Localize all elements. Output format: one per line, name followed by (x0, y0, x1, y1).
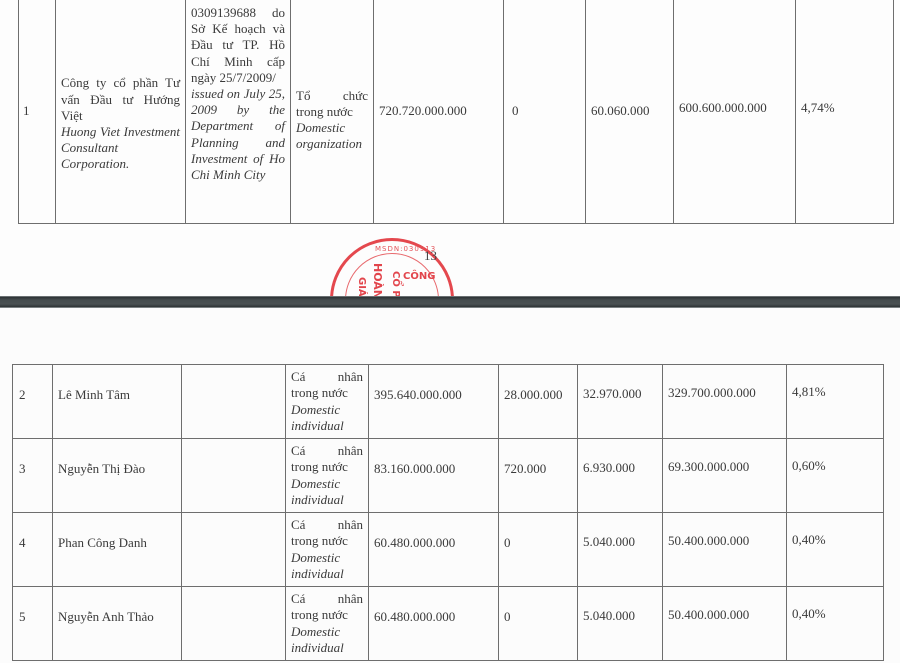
shares-cell: 32.970.000 (578, 365, 663, 439)
shareholder-name-en: Huong Viet Investment Consultant Corpora… (61, 124, 180, 173)
shareholder-type-en: Domestic individual (291, 476, 363, 508)
registration-cell (182, 587, 286, 661)
table-row: 5 Nguyễn Anh Thảo Cá nhân trong nước Dom… (13, 587, 884, 661)
registration-cell (182, 439, 286, 513)
row-number: 4 (13, 513, 53, 587)
shareholder-type-cell: Cá nhân trong nước Domestic individual (286, 439, 369, 513)
shareholder-type-vi: Cá nhân trong nước (291, 591, 363, 623)
page-number: 13 (424, 248, 437, 264)
stamp-line-1: CÔNG (403, 271, 435, 283)
shareholder-name: Nguyễn Anh Thảo (53, 587, 182, 661)
amount-cell: 60.480.000.000 (369, 587, 499, 661)
stamp-line-3: HOÀN (371, 263, 383, 296)
table-row: 4 Phan Công Danh Cá nhân trong nước Dome… (13, 513, 884, 587)
shareholder-type-vi: Cá nhân trong nước (291, 443, 363, 475)
col-b-cell: 0 (504, 0, 586, 224)
shareholder-table-top: 1 Công ty cổ phần Tư vấn Đầu tư Hướng Vi… (18, 0, 894, 224)
value-cell: 600.600.000.000 (674, 0, 796, 224)
shares-cell: 5.040.000 (578, 513, 663, 587)
registration-cell: 0309139688 do Sở Kế hoạch và Đầu tư TP. … (186, 0, 291, 224)
page-separator (0, 296, 900, 308)
value-cell: 329.700.000.000 (663, 365, 787, 439)
document-page-top: 1 Công ty cổ phần Tư vấn Đầu tư Hướng Vi… (0, 0, 900, 296)
col-b-cell: 0 (499, 513, 578, 587)
value-cell: 50.400.000.000 (663, 513, 787, 587)
shareholder-type-vi: Cá nhân trong nước (291, 517, 363, 549)
shareholder-type-en: Domestic organization (296, 120, 368, 152)
registration-vi: 0309139688 do Sở Kế hoạch và Đầu tư TP. … (191, 5, 285, 86)
shareholder-name-vi: Công ty cổ phần Tư vấn Đầu tư Hướng Việt (61, 75, 180, 124)
shareholder-name: Lê Minh Tâm (53, 365, 182, 439)
shareholder-name-cell: Công ty cổ phần Tư vấn Đầu tư Hướng Việt… (56, 0, 186, 224)
row-number: 3 (13, 439, 53, 513)
ratio-cell: 4,81% (787, 365, 884, 439)
shareholder-name: Nguyễn Thị Đào (53, 439, 182, 513)
table-row: 1 Công ty cổ phần Tư vấn Đầu tư Hướng Vi… (19, 0, 894, 224)
amount-cell: 60.480.000.000 (369, 513, 499, 587)
registration-cell (182, 513, 286, 587)
ratio-cell: 0,40% (787, 587, 884, 661)
table-row: 2 Lê Minh Tâm Cá nhân trong nước Domesti… (13, 365, 884, 439)
shareholder-type-cell: Cá nhân trong nước Domestic individual (286, 513, 369, 587)
stamp-line-2: CỔ P (389, 271, 401, 296)
shares-cell: 6.930.000 (578, 439, 663, 513)
registration-cell (182, 365, 286, 439)
amount-cell: 83.160.000.000 (369, 439, 499, 513)
shareholder-type-vi: Tổ chức trong nước (296, 88, 368, 120)
ratio-cell: 0,60% (787, 439, 884, 513)
shares-cell: 5.040.000 (578, 587, 663, 661)
row-number: 1 (19, 0, 56, 224)
document-page-bottom: 2 Lê Minh Tâm Cá nhân trong nước Domesti… (0, 308, 900, 663)
table-row: 3 Nguyễn Thị Đào Cá nhân trong nước Dome… (13, 439, 884, 513)
shareholder-name: Phan Công Danh (53, 513, 182, 587)
company-seal-stamp: MSDN:030913 CÔNG CỔ P HOÀN GIÁ (330, 238, 454, 296)
value-cell: 69.300.000.000 (663, 439, 787, 513)
shareholder-type-cell: Cá nhân trong nước Domestic individual (286, 365, 369, 439)
registration-en: issued on July 25, 2009 by the Departmen… (191, 86, 285, 183)
shareholder-type-en: Domestic individual (291, 624, 363, 656)
shareholder-type-cell: Cá nhân trong nước Domestic individual (286, 587, 369, 661)
shareholder-type-cell: Tổ chức trong nước Domestic organization (291, 0, 374, 224)
amount-cell: 395.640.000.000 (369, 365, 499, 439)
shares-cell: 60.060.000 (586, 0, 674, 224)
shareholder-type-vi: Cá nhân trong nước (291, 369, 363, 401)
shareholder-type-en: Domestic individual (291, 550, 363, 582)
ratio-cell: 4,74% (796, 0, 894, 224)
stamp-line-4: GIÁ (355, 277, 367, 296)
shareholder-type-en: Domestic individual (291, 402, 363, 434)
ratio-cell: 0,40% (787, 513, 884, 587)
row-number: 2 (13, 365, 53, 439)
col-b-cell: 0 (499, 587, 578, 661)
row-number: 5 (13, 587, 53, 661)
value-cell: 50.400.000.000 (663, 587, 787, 661)
shareholder-table-bottom: 2 Lê Minh Tâm Cá nhân trong nước Domesti… (12, 364, 884, 661)
amount-cell: 720.720.000.000 (374, 0, 504, 224)
col-b-cell: 28.000.000 (499, 365, 578, 439)
col-b-cell: 720.000 (499, 439, 578, 513)
